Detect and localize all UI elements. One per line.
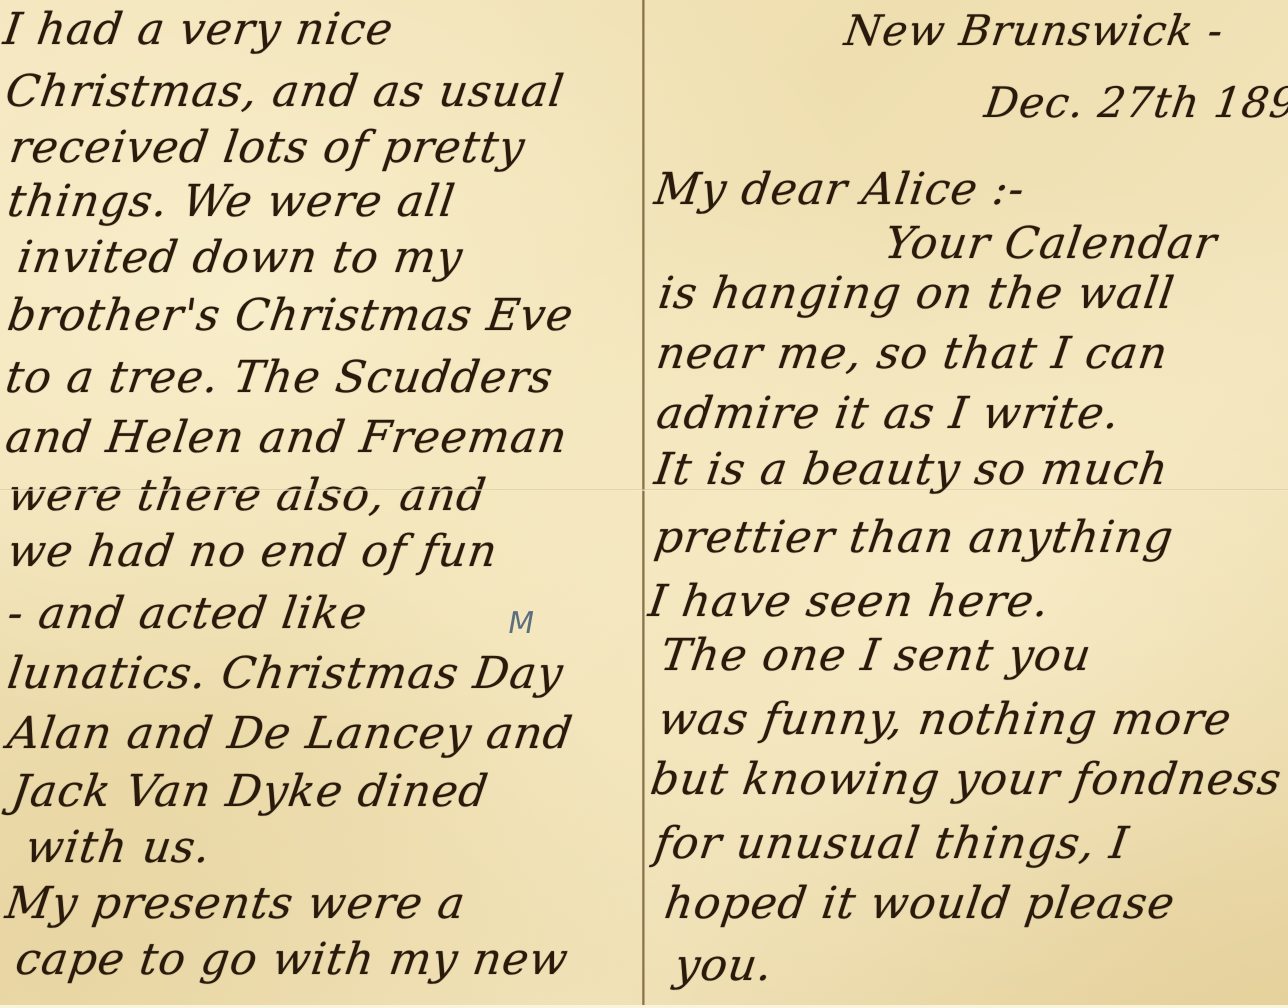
right-line-7: I have seen here.: [645, 576, 1052, 627]
left-line-14: Jack Van Dyke dined: [8, 766, 491, 817]
left-line-16: My presents were a: [2, 878, 469, 929]
left-line-11: - and acted like: [4, 588, 370, 639]
right-line-11: for unusual things, I: [651, 818, 1132, 869]
pencil-annotation: M: [505, 606, 537, 641]
right-line-3: near me, so that I can: [653, 328, 1171, 379]
left-line-17: cape to go with my new: [12, 934, 571, 985]
left-line-4: things. We were all: [4, 176, 458, 227]
right-line-6: prettier than anything: [651, 512, 1177, 563]
right-line-5: It is a beauty so much: [651, 444, 1171, 495]
left-line-10: we had no end of fun: [4, 526, 501, 577]
right-line-9: was funny, nothing more: [655, 694, 1235, 745]
right-line-1: Your Calendar: [881, 218, 1220, 269]
left-line-15: with us.: [22, 822, 214, 873]
left-line-12: lunatics. Christmas Day: [4, 648, 566, 699]
left-line-5: invited down to my: [14, 232, 466, 283]
left-line-9: were there also, and: [4, 470, 489, 521]
left-page: I had a very nice Christmas, and as usua…: [0, 0, 642, 1008]
letter-scan: I had a very nice Christmas, and as usua…: [0, 0, 1288, 1008]
left-line-2: Christmas, and as usual: [2, 66, 567, 117]
left-line-13: Alan and De Lancey and: [4, 708, 576, 759]
right-page: New Brunswick - Dec. 27th 1894 My dear A…: [645, 0, 1288, 1008]
left-line-6: brother's Christmas Eve: [4, 290, 577, 341]
left-line-1: I had a very nice: [0, 4, 396, 55]
left-line-3: received lots of pretty: [6, 122, 528, 173]
right-line-8: The one I sent you: [657, 630, 1094, 681]
right-line-4: admire it as I write.: [653, 388, 1123, 439]
letter-date: Dec. 27th 1894: [982, 78, 1288, 127]
right-line-13: you.: [671, 940, 776, 991]
right-line-12: hoped it would please: [661, 878, 1178, 929]
salutation: My dear Alice :-: [651, 164, 1028, 215]
right-line-2: is hanging on the wall: [655, 268, 1177, 319]
right-line-10: but knowing your fondness: [647, 754, 1285, 805]
left-line-7: to a tree. The Scudders: [2, 352, 556, 403]
letter-place: New Brunswick -: [842, 6, 1227, 55]
left-line-8: and Helen and Freeman: [2, 412, 570, 463]
